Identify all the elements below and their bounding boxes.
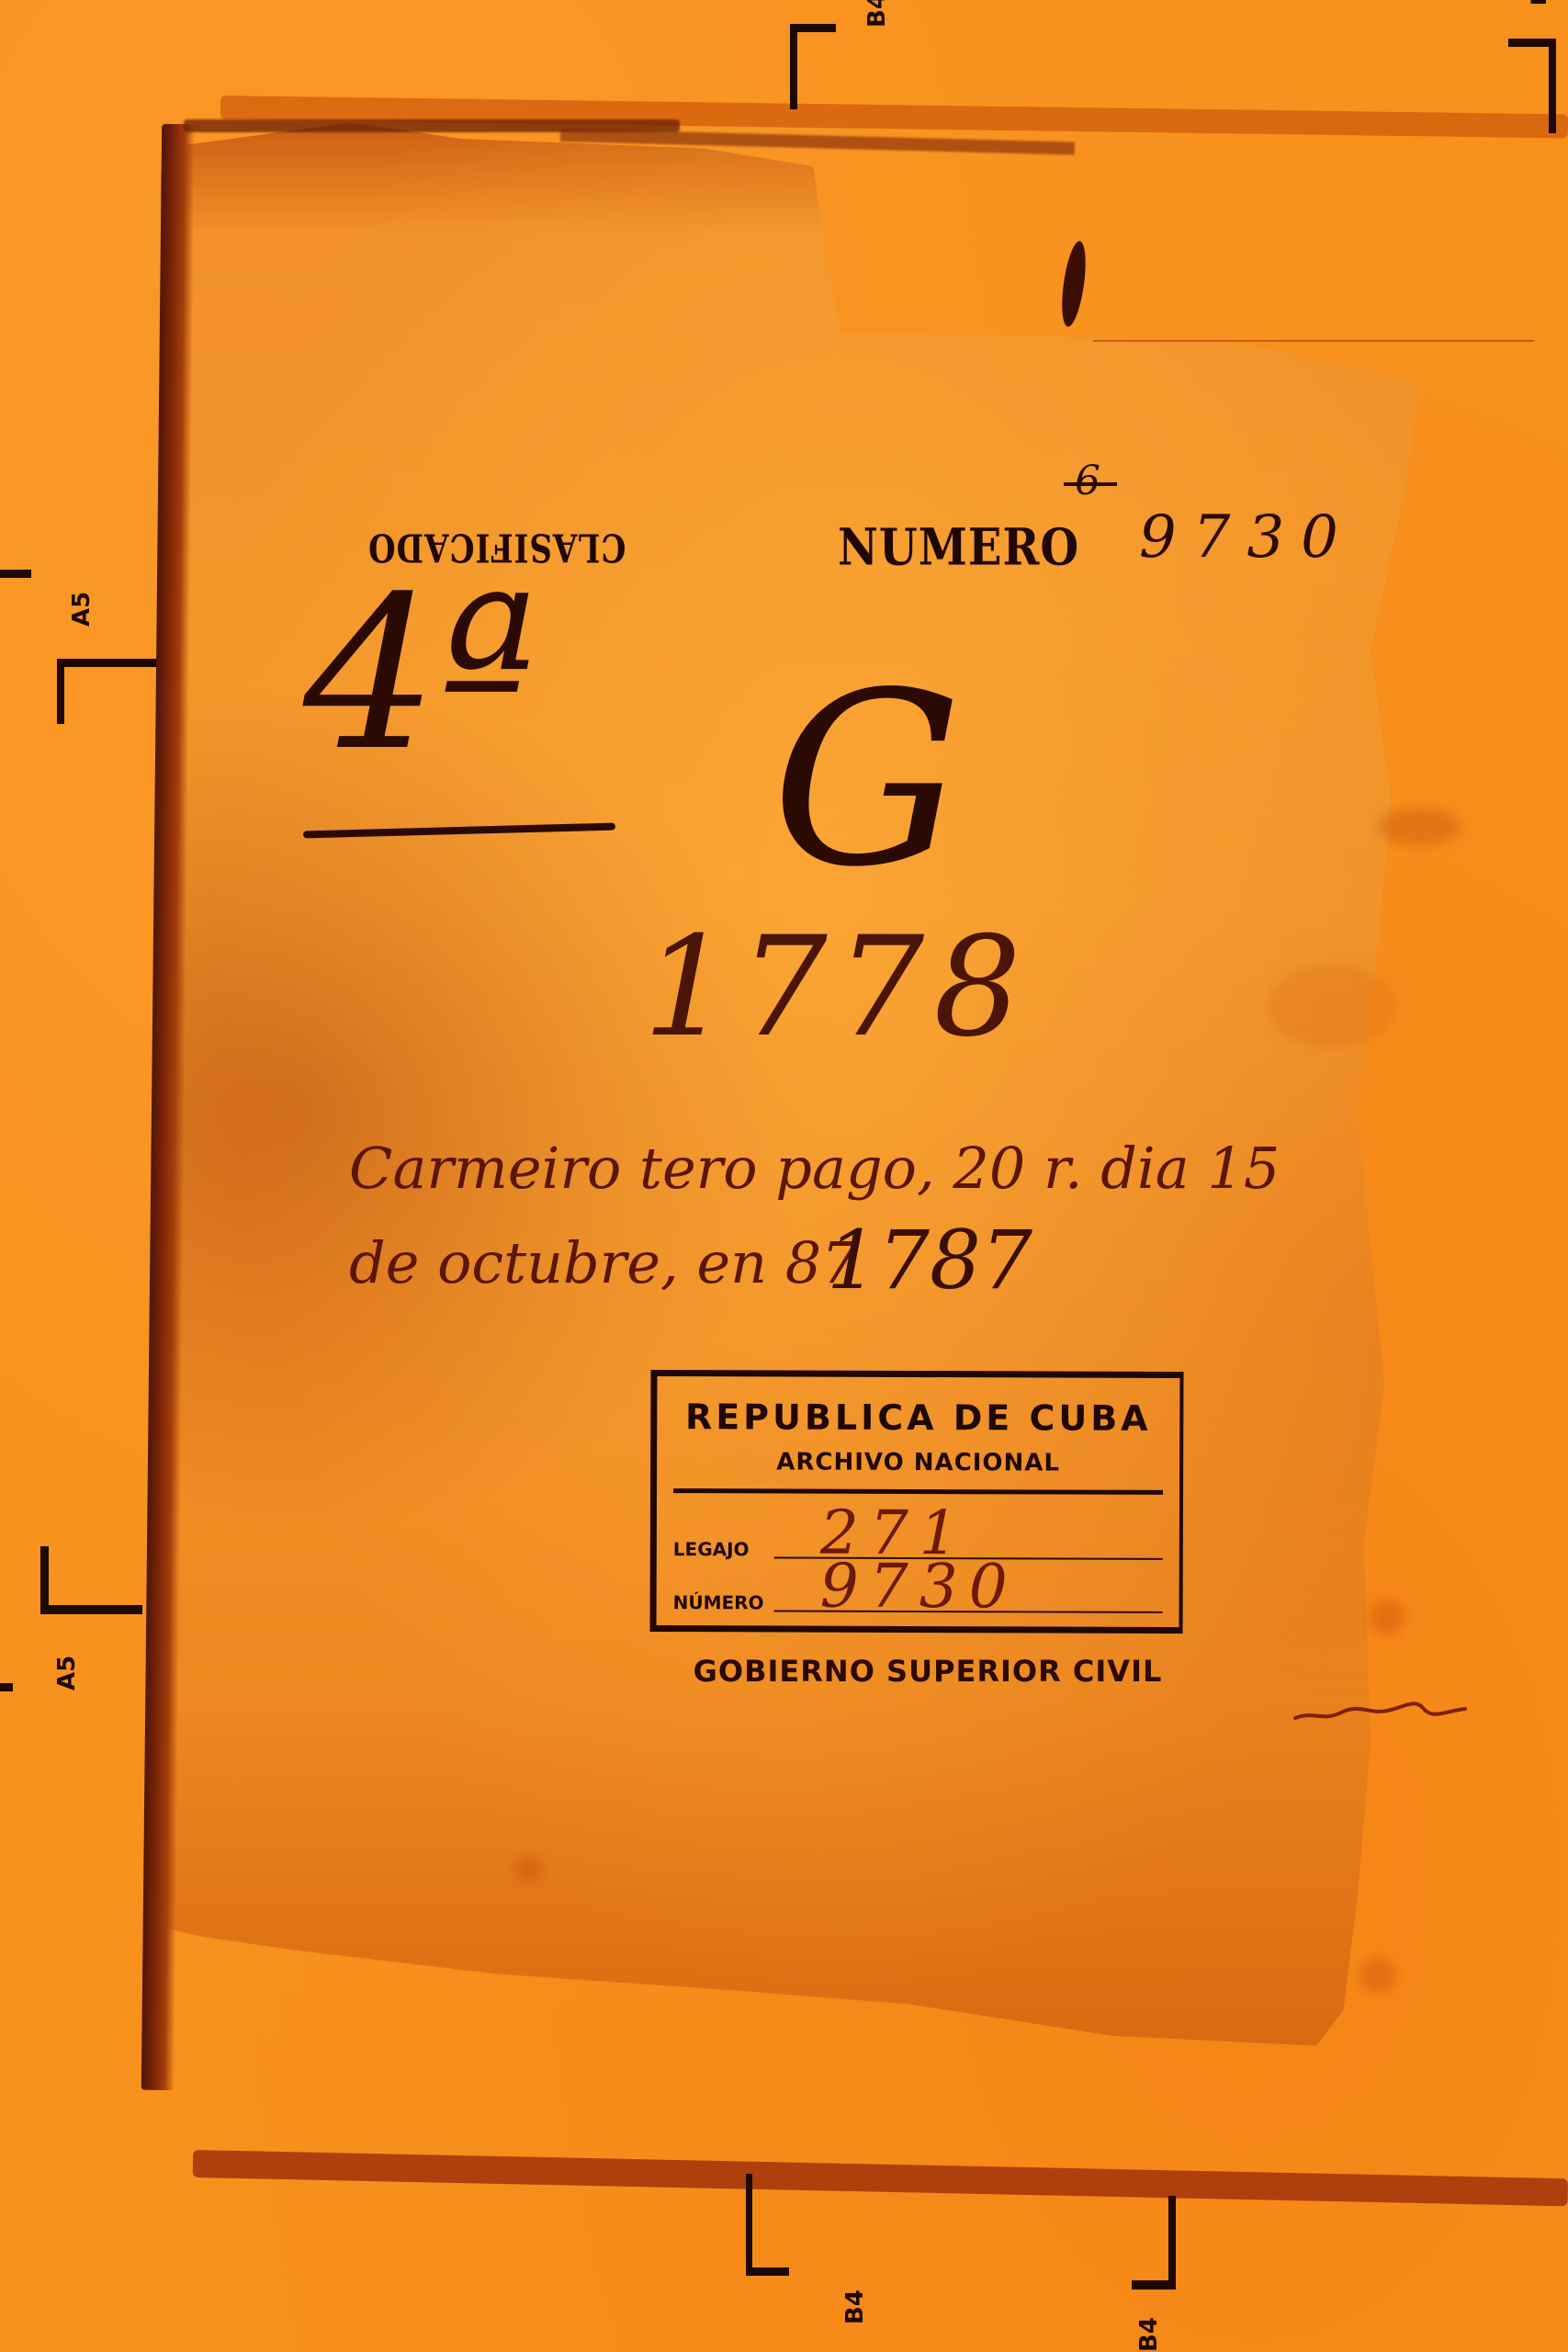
- crop-mark-left-lower: [40, 1546, 142, 1614]
- crop-mark-top-left: [790, 24, 836, 109]
- crop-mark-bottom-right: [1132, 2196, 1176, 2290]
- stain: [514, 1856, 542, 1883]
- stamp-rule: [673, 1488, 1163, 1495]
- crop-mark-left-upper: [57, 659, 160, 724]
- stamp-title: REPUBLICA DE CUBA: [657, 1396, 1179, 1439]
- crop-mark-left-upper-tick: [0, 570, 31, 578]
- crop-label-top-left: B4: [863, 0, 891, 28]
- crop-label-bottom-right: B4: [1135, 2317, 1163, 2352]
- stamp-subtitle: ARCHIVO NACIONAL: [657, 1448, 1179, 1477]
- year-handwritten: 1778: [643, 919, 1031, 1057]
- numero-value: 9730: [1139, 503, 1355, 571]
- stain: [1369, 1599, 1405, 1635]
- stamp-numero-row: NÚMERO 9730: [673, 1578, 1163, 1617]
- crop-label-bottom-left: B4: [841, 2290, 869, 2324]
- crop-mark-top-right: [1508, 39, 1556, 133]
- crop-label-top-right: B4: [1529, 0, 1551, 6]
- legajo-label: LEGAJO: [673, 1538, 750, 1560]
- letter-handwritten: G: [772, 661, 963, 900]
- note-line-2: de octubre, en 87: [349, 1229, 858, 1296]
- stamp-numero-label: NÚMERO: [673, 1591, 764, 1613]
- stamp-footer: GOBIERNO SUPERIOR CIVIL: [634, 1654, 1222, 1689]
- stain: [1268, 965, 1396, 1047]
- note-line-1: Carmeiro tero pago, 20 r. dia 15: [349, 1135, 1280, 1202]
- document-folder: [161, 115, 1520, 2099]
- crop-mark-left-lower-tick: [0, 1683, 13, 1691]
- crop-mark-bottom-left: [746, 2174, 789, 2276]
- squiggle-mark: [1286, 1690, 1470, 1727]
- classification-handwritten: 4ª: [303, 570, 538, 781]
- flap-crease: [1093, 340, 1534, 342]
- stamp-numero-value: 9730: [820, 1551, 1019, 1623]
- numero-struck-value: 6: [1075, 458, 1100, 504]
- stain: [1359, 1957, 1396, 1994]
- stain: [1378, 808, 1461, 845]
- archive-stamp: REPUBLICA DE CUBA ARCHIVO NACIONAL LEGAJ…: [650, 1370, 1184, 1634]
- crop-label-left-lower: A5: [53, 1656, 81, 1690]
- numero-label: NUMERO: [838, 518, 1079, 577]
- note-year: 1787: [827, 1213, 1032, 1307]
- crop-label-left-upper: A5: [68, 592, 96, 627]
